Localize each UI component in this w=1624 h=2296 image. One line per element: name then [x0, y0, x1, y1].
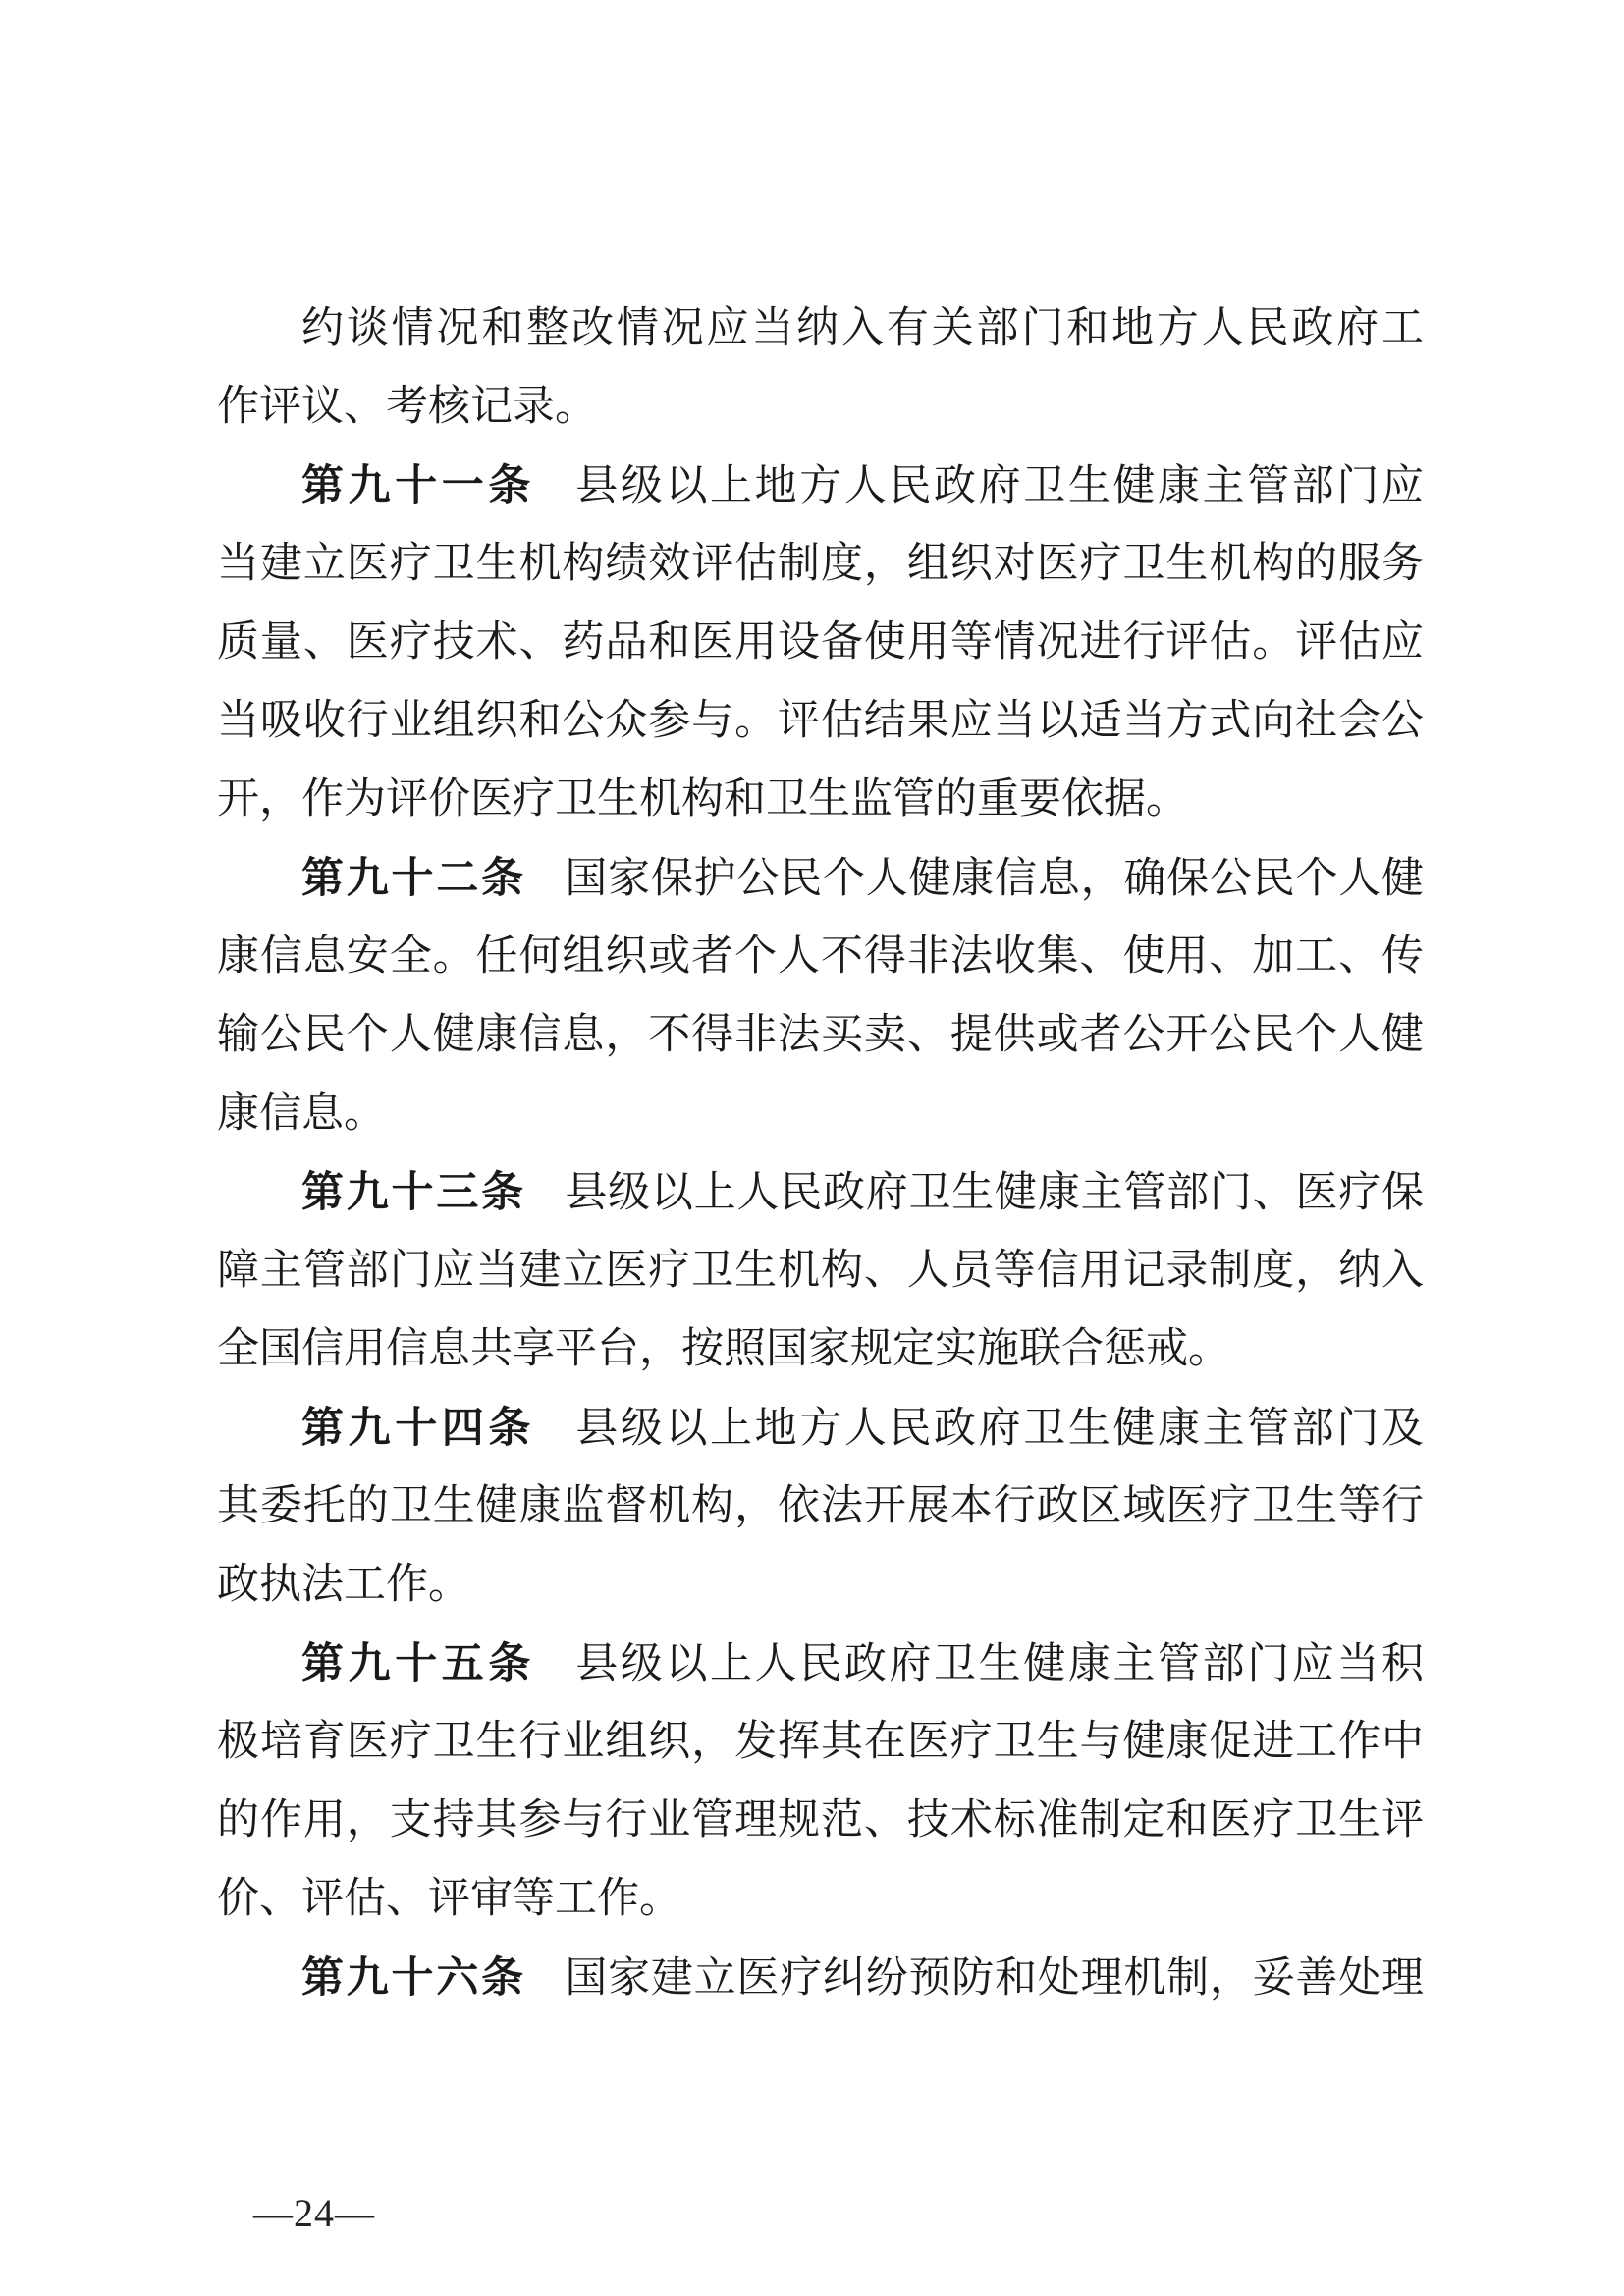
page-number: —24—	[253, 2190, 375, 2237]
article-start-line: 第九十五条县级以上人民政府卫生健康主管部门应当积	[217, 1625, 1424, 1703]
article-start-line: 第九十一条县级以上地方人民政府卫生健康主管部门应	[217, 447, 1424, 525]
document-body: 约谈情况和整改情况应当纳入有关部门和地方人民政府工作评议、考核记录。第九十一条县…	[217, 290, 1424, 2017]
text-line: 作评议、考核记录。	[217, 368, 1424, 447]
text-line: 约谈情况和整改情况应当纳入有关部门和地方人民政府工	[217, 290, 1424, 368]
text-line: 价、评估、评审等工作。	[217, 1860, 1424, 1939]
text-line: 全国信用信息共享平台，按照国家规定实施联合惩戒。	[217, 1310, 1424, 1389]
text-line: 康信息。	[217, 1075, 1424, 1153]
text-line: 输公民个人健康信息，不得非法买卖、提供或者公开公民个人健	[217, 996, 1424, 1075]
text-line: 开，作为评价医疗卫生机构和卫生监管的重要依据。	[217, 761, 1424, 839]
text-line: 当建立医疗卫生机构绩效评估制度，组织对医疗卫生机构的服务	[217, 525, 1424, 604]
text-line: 当吸收行业组织和公众参与。评估结果应当以适当方式向社会公	[217, 682, 1424, 761]
article-start-line: 第九十三条县级以上人民政府卫生健康主管部门、医疗保	[217, 1153, 1424, 1232]
article-number: 第九十一条	[301, 462, 535, 509]
article-number: 第九十六条	[301, 1954, 526, 2002]
text-line: 极培育医疗卫生行业组织，发挥其在医疗卫生与健康促进工作中	[217, 1703, 1424, 1782]
text-line: 康信息安全。任何组织或者个人不得非法收集、使用、加工、传	[217, 918, 1424, 996]
text-line: 政执法工作。	[217, 1546, 1424, 1625]
article-number: 第九十二条	[301, 855, 526, 902]
text-line: 质量、医疗技术、药品和医用设备使用等情况进行评估。评估应	[217, 604, 1424, 682]
article-start-line: 第九十六条国家建立医疗纠纷预防和处理机制，妥善处理	[217, 1939, 1424, 2017]
article-number: 第九十五条	[301, 1640, 535, 1687]
text-line: 障主管部门应当建立医疗卫生机构、人员等信用记录制度，纳入	[217, 1232, 1424, 1310]
text-line: 的作用，支持其参与行业管理规范、技术标准制定和医疗卫生评	[217, 1782, 1424, 1860]
article-start-line: 第九十二条国家保护公民个人健康信息，确保公民个人健	[217, 839, 1424, 918]
article-number: 第九十三条	[301, 1169, 526, 1216]
document-page: 约谈情况和整改情况应当纳入有关部门和地方人民政府工作评议、考核记录。第九十一条县…	[0, 0, 1624, 2296]
article-number: 第九十四条	[301, 1405, 535, 1452]
article-start-line: 第九十四条县级以上地方人民政府卫生健康主管部门及	[217, 1389, 1424, 1468]
text-line: 其委托的卫生健康监督机构，依法开展本行政区域医疗卫生等行	[217, 1468, 1424, 1546]
